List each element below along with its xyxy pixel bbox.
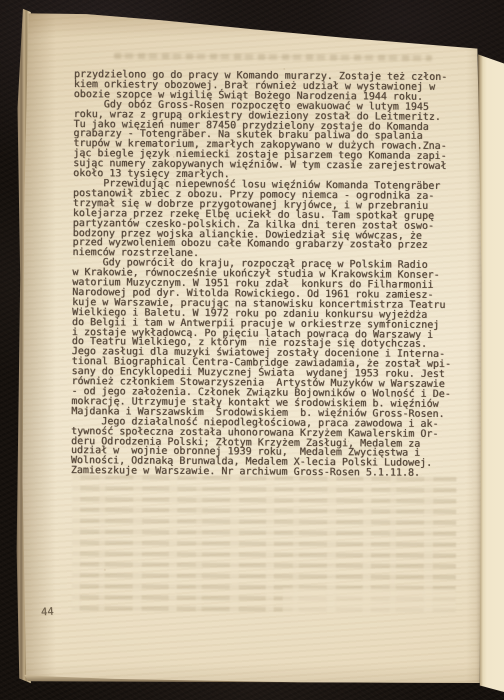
- page-number: 44: [41, 606, 54, 619]
- typewritten-body-text: przydzielono go do pracy w Komando murar…: [71, 70, 453, 479]
- next-page-edge: [478, 44, 504, 692]
- scanned-book-page: przydzielono go do pracy w Komando murar…: [22, 8, 482, 685]
- bleed-through-text-block: [72, 475, 457, 613]
- bleed-through-line: [114, 53, 432, 61]
